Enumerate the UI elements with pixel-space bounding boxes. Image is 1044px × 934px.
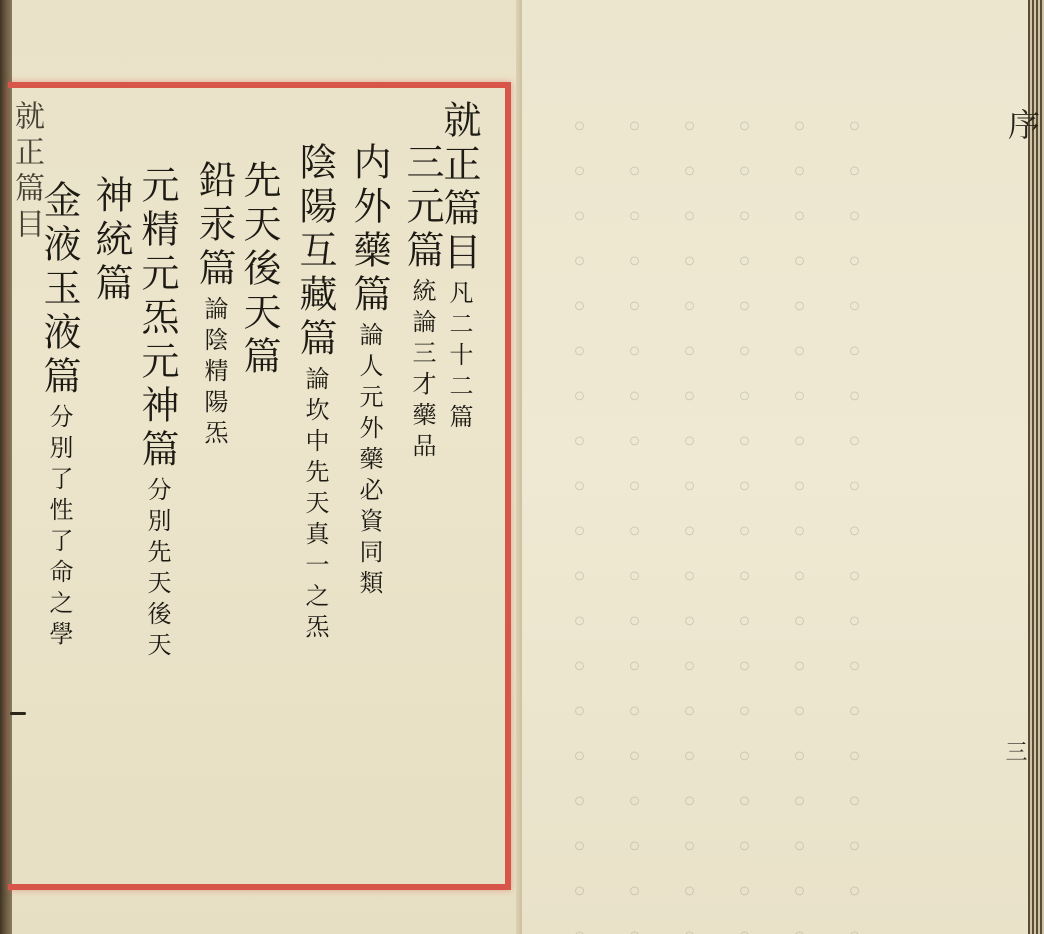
column-chapter-2: 内外藥篇論人元外藥必資同類 [350,142,388,601]
column-chapter-6: 元精元炁元神篇分別先天後天 [138,165,176,663]
chapter-note: 論陰精陽炁 [200,296,228,451]
toc-heading-note: 凡二十二篇 [445,280,473,435]
book-spread: 就正篇目 就正篇目凡二十二篇 三元篇統論三才藥品 内外藥篇論人元外藥必資同類 陰… [0,0,1044,934]
folio-mark-left [10,712,26,715]
column-title: 就正篇目凡二十二篇 [440,100,478,435]
chapter-note: 論人元外藥必資同類 [355,322,383,601]
folio-right: 三 [999,740,1030,762]
chapter-title: 神統篇 [89,175,133,307]
chapter-title: 金液玉液篇 [37,180,81,400]
column-chapter-8: 金液玉液篇分別了性了命之學 [40,180,78,652]
chapter-note: 統論三才藥品 [408,278,436,464]
bleed-through-text: ◦◦◦◦◦◦◦◦◦◦◦◦◦◦◦◦◦◦◦◦ [837,110,872,870]
chapter-note: 分別先天後天 [143,477,171,663]
chapter-title: 内外藥篇 [347,142,391,318]
chapter-note: 分別了性了命之學 [45,404,73,652]
column-chapter-4: 先天後天篇 [240,160,278,380]
right-page: ◦◦◦◦◦◦◦◦◦◦◦◦◦◦◦◦◦◦◦◦ ◦◦◦◦◦◦◦◦◦◦◦◦◦◦◦◦◦◦◦… [522,0,1044,934]
column-chapter-3: 陰陽互藏篇論坎中先天真一之炁 [296,142,334,645]
bleed-through-text: ◦◦◦◦◦◦◦◦◦◦◦◦◦◦◦◦◦◦◦◦ [617,110,652,870]
chapter-note: 論坎中先天真一之炁 [301,366,329,645]
column-chapter-7: 神統篇 [92,175,130,307]
bleed-through-text: ◦◦◦◦◦◦◦◦◦◦◦◦◦◦◦◦◦◦◦◦ [672,110,707,870]
column-chapter-1: 三元篇統論三才藥品 [403,142,441,464]
column-chapter-5: 鉛汞篇論陰精陽炁 [195,160,233,451]
chapter-title: 陰陽互藏篇 [293,142,337,362]
chapter-title: 元精元炁元神篇 [135,165,179,473]
chapter-title: 先天後天篇 [237,160,281,380]
margin-title-right: 序 [1008,100,1040,146]
chapter-title: 鉛汞篇 [192,160,236,292]
bleed-through-text: ◦◦◦◦◦◦◦◦◦◦◦◦◦◦◦◦◦◦◦◦ [562,110,597,870]
left-page: 就正篇目 就正篇目凡二十二篇 三元篇統論三才藥品 内外藥篇論人元外藥必資同類 陰… [0,0,522,934]
bleed-through-text: ◦◦◦◦◦◦◦◦◦◦◦◦◦◦◦◦◦◦◦◦ [782,110,817,870]
chapter-title: 三元篇 [400,142,444,274]
bleed-through-text: ◦◦◦◦◦◦◦◦◦◦◦◦◦◦◦◦◦◦◦◦ [727,110,762,870]
